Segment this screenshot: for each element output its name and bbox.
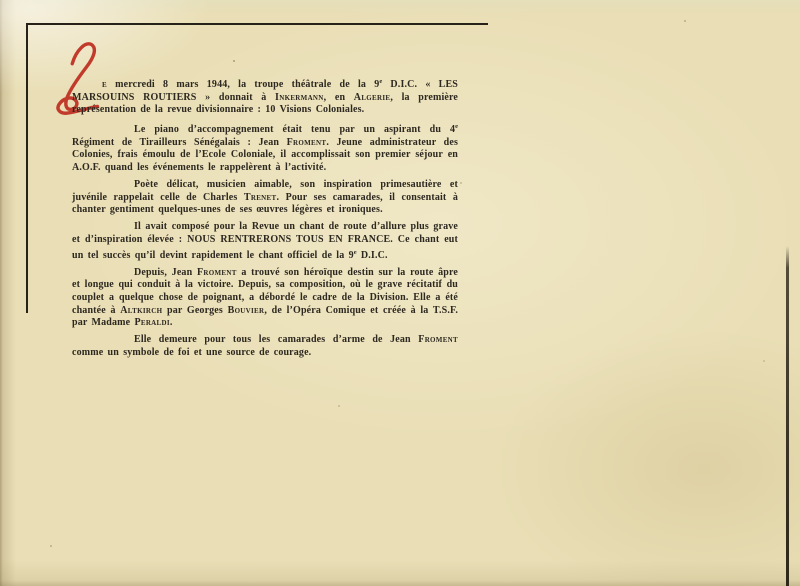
paragraph: Il avait composé pour la Revue un chant …: [72, 221, 458, 262]
text-segment: comme un symbole de foi et une source de…: [72, 347, 311, 358]
paragraph: Poète délicat, musicien aimable, son ins…: [72, 179, 458, 217]
text-segment: Froment: [418, 334, 458, 345]
top-rule-line: [26, 23, 488, 25]
text-segment: Elle demeure pour tous les camarades d’a…: [134, 334, 418, 345]
text-segment: .: [170, 317, 173, 328]
text-segment: Bouvier: [228, 305, 265, 316]
text-segment: Peraldi: [134, 317, 169, 328]
text-segment: Il avait composé pour la Revue un chant …: [72, 221, 458, 260]
text-segment: mercredi 8 mars 1944, la troupe théâtral…: [107, 79, 379, 90]
paragraph: Depuis, Jean Froment a trouvé son héroïq…: [72, 267, 458, 330]
text-segment: Froment: [197, 267, 237, 278]
text-segment: e: [455, 123, 458, 130]
left-rule-line: [26, 23, 28, 313]
text-segment: Altkirch: [120, 305, 162, 316]
text-segment: Algerie: [354, 92, 391, 103]
paragraph: e mercredi 8 mars 1944, la troupe théâtr…: [72, 76, 458, 117]
text-segment: Trenet: [244, 192, 277, 203]
text-segment: Depuis, Jean: [134, 267, 197, 278]
paragraph: Elle demeure pour tous les camarades d’a…: [72, 334, 458, 359]
text-block: e mercredi 8 mars 1944, la troupe théâtr…: [72, 76, 458, 359]
paper-speck: [233, 60, 235, 62]
text-segment: Inkermann: [275, 92, 324, 103]
page-edge-shadow: [786, 246, 789, 586]
text-segment: , en: [324, 92, 354, 103]
text-segment: D.I.C.: [357, 250, 388, 261]
paragraph: Le piano d’accompagnement était tenu par…: [72, 121, 458, 174]
text-segment: Régiment de Tirailleurs Sénégalais : Jea…: [72, 137, 287, 148]
text-segment: Le piano d’accompagnement était tenu par…: [134, 124, 455, 135]
scanned-book-page: L e mercredi 8 mars 1944, la troupe théâ…: [0, 0, 800, 586]
text-segment: Froment: [287, 137, 327, 148]
text-segment: par Georges: [162, 305, 227, 316]
